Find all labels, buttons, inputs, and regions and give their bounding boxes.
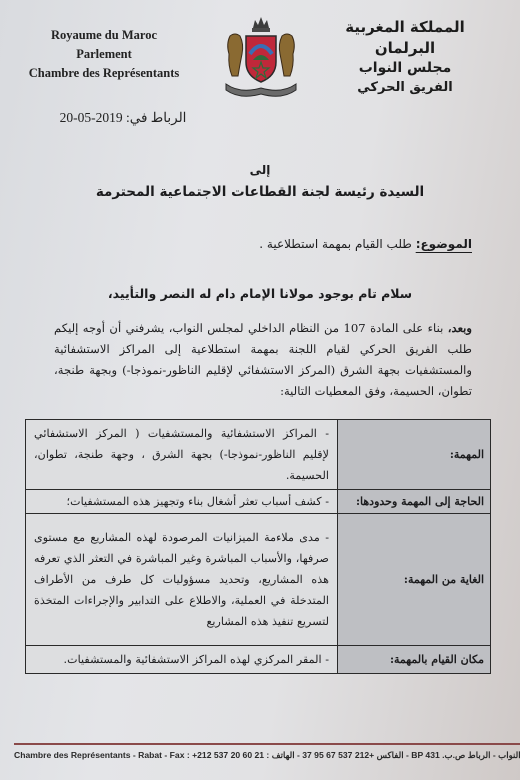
- body-paragraph: وبعد، بناء على المادة 107 من النظام الدا…: [54, 318, 472, 402]
- letter-date: الرباط في: 2019-05-20: [58, 110, 188, 126]
- row-value: - مدى ملاءمة الميزانيات المرصودة لهذه ال…: [26, 514, 338, 646]
- footer-phone: +212 537 67 95 37 -: [297, 750, 374, 760]
- footer-bp: - BP 431: [406, 750, 440, 760]
- footer-contact: Chambre des Représentants - Rabat - Fax …: [14, 750, 520, 761]
- mission-details-table: المهمة: - المراكز الاستشفائية والمستشفيا…: [25, 419, 491, 674]
- table-row: المهمة: - المراكز الاستشفائية والمستشفيا…: [26, 420, 491, 490]
- row-label: مكان القيام بالمهمة:: [338, 646, 491, 674]
- letter-page: Royaume du Maroc Parlement Chambre des R…: [0, 0, 520, 780]
- addressee-to: إلى: [0, 163, 520, 177]
- body-lead: وبعد،: [448, 321, 472, 335]
- body-text: بناء على المادة 107 من النظام الداخلي لم…: [54, 321, 472, 398]
- row-value: - المقر المركزي لهذه المراكز الاستشفائية…: [26, 646, 338, 674]
- subject-text: طلب القيام بمهمة استطلاعية .: [259, 237, 412, 251]
- letterhead-kingdom-ar: المملكة المغربية: [330, 16, 480, 38]
- subject-line: الموضوع: طلب القيام بمهمة استطلاعية .: [259, 237, 472, 251]
- row-label: الغاية من المهمة:: [338, 514, 491, 646]
- letterhead-kingdom-fr: Royaume du Maroc: [18, 26, 190, 45]
- footer-french: Chambre des Représentants - Rabat - Fax …: [14, 750, 269, 760]
- french-letterhead: Royaume du Maroc Parlement Chambre des R…: [18, 26, 190, 83]
- row-value: - المراكز الاستشفائية والمستشفيات ( المر…: [26, 420, 338, 490]
- row-value: - كشف أسباب تعثر أشغال بناء وتجهيز هذه ا…: [26, 490, 338, 514]
- letterhead-chamber-ar: مجلس النواب: [330, 58, 480, 78]
- date-value: 2019-05-20: [60, 110, 123, 125]
- table-row: الغاية من المهمة: - مدى ملاءمة الميزانيا…: [26, 514, 491, 646]
- moroccan-coat-of-arms-icon: [220, 14, 302, 102]
- date-label: الرباط في:: [126, 110, 187, 125]
- letterhead-parliament-ar: البرلمان: [330, 38, 480, 58]
- footer-divider: [14, 743, 520, 745]
- table-row: الحاجة إلى المهمة وحدودها: - كشف أسباب ت…: [26, 490, 491, 514]
- arabic-letterhead: المملكة المغربية البرلمان مجلس النواب ال…: [330, 16, 480, 98]
- letterhead-chamber-fr: Chambre des Représentants: [18, 64, 190, 83]
- greeting: سلام تام بوجود مولانا الإمام دام له النص…: [0, 286, 520, 301]
- footer-address-ar: مجلس النواب - الرباط ص.ب.: [442, 750, 520, 760]
- letterhead-group-ar: الفريق الحركي: [330, 78, 480, 98]
- letterhead-parliament-fr: Parlement: [18, 45, 190, 64]
- row-label: الحاجة إلى المهمة وحدودها:: [338, 490, 491, 514]
- addressee-name: السيدة رئيسة لجنة القطاعات الاجتماعية ال…: [0, 184, 520, 200]
- row-label: المهمة:: [338, 420, 491, 490]
- subject-label: الموضوع:: [416, 237, 472, 251]
- footer-fax-label: الفاكس: [377, 750, 404, 760]
- footer-phone-label: الهاتف: [272, 750, 295, 760]
- table-row: مكان القيام بالمهمة: - المقر المركزي لهذ…: [26, 646, 491, 674]
